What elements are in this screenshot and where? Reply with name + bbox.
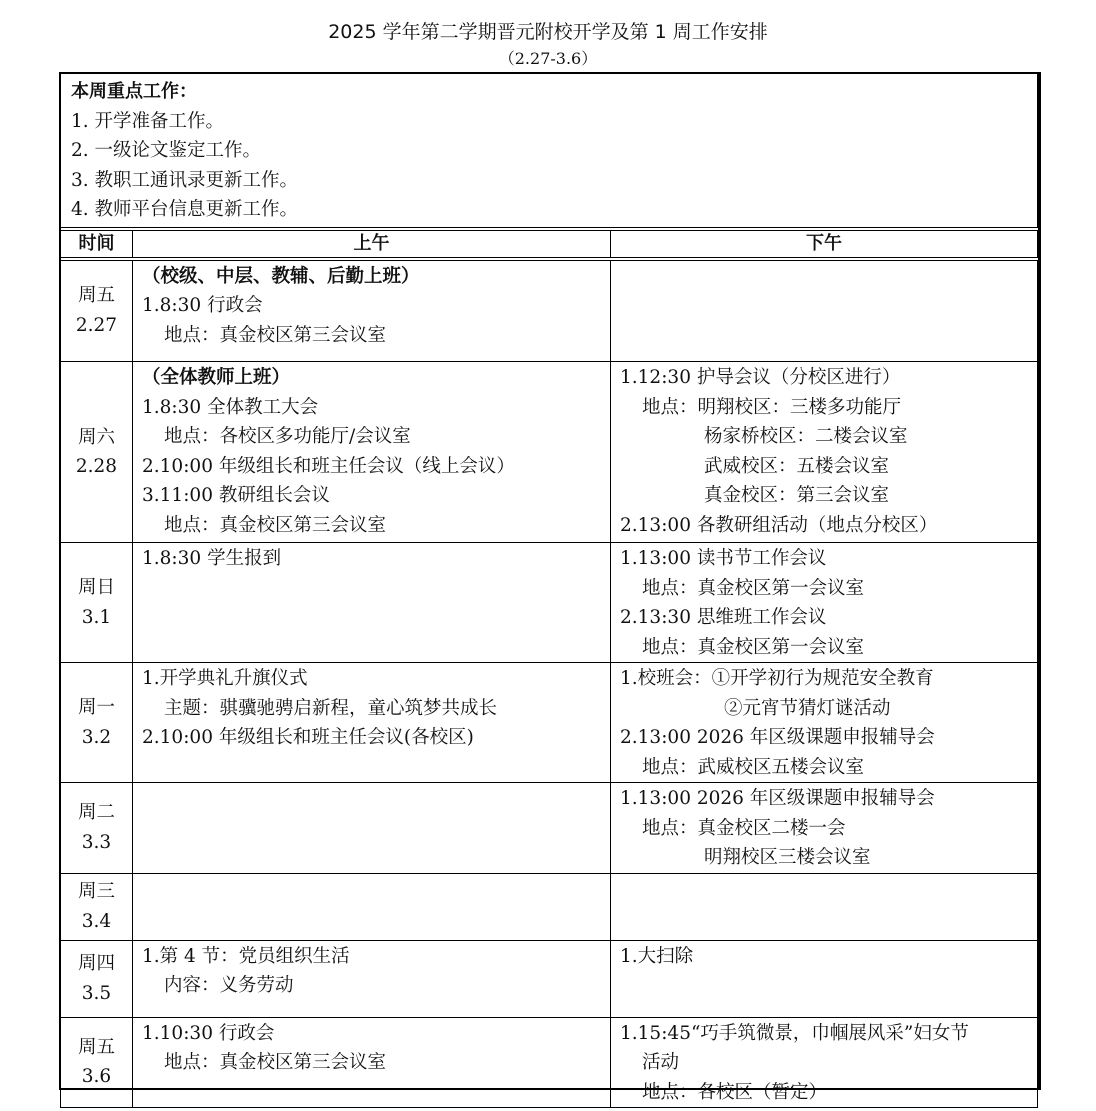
schedule-entry: 活动: [620, 1048, 1029, 1078]
schedule-entry: 1.校班会：①开学初行为规范安全教育: [620, 664, 1029, 694]
schedule-entry: 地点：各校区多功能厅/会议室: [142, 422, 602, 452]
schedule-entry: （校级、中层、教辅、后勤上班）: [142, 262, 602, 292]
morning-cell: 1.开学典礼升旗仪式主题：骐骥驰骋启新程，童心筑梦共成长2.10:00 年级组长…: [133, 663, 611, 783]
schedule-entry: 3.11:00 教研组长会议: [142, 481, 602, 511]
schedule-entry: ②元宵节猜灯谜活动: [620, 694, 1029, 724]
afternoon-cell: 1.13:00 2026 年区级课题申报辅导会地点：真金校区二楼一会明翔校区三楼…: [611, 783, 1038, 874]
schedule-entry: （全体教师上班）: [142, 363, 602, 393]
schedule-entry: 1.8:30 行政会: [142, 291, 602, 321]
afternoon-cell: [611, 259, 1038, 362]
schedule-entry: 1.12:30 护导会议（分校区进行）: [620, 363, 1029, 393]
table-row: 周三3.4: [61, 873, 1038, 940]
morning-cell: [133, 783, 611, 874]
focus-item: 3. 教职工通讯录更新工作。: [71, 166, 1027, 196]
schedule-sheet: 本周重点工作： 1. 开学准备工作。 2. 一级论文鉴定工作。 3. 教职工通讯…: [60, 73, 1037, 1108]
schedule-entry: 杨家桥校区：二楼会议室: [620, 422, 1029, 452]
morning-cell: （全体教师上班）1.8:30 全体教工大会地点：各校区多功能厅/会议室2.10:…: [133, 362, 611, 543]
schedule-entry: 地点：真金校区第三会议室: [142, 511, 602, 541]
schedule-entry: 地点：真金校区第一会议室: [620, 574, 1029, 604]
weekday-label: 周日: [61, 573, 132, 603]
schedule-entry: 地点：各校区（暂定）: [620, 1078, 1029, 1108]
schedule-entry: 地点：真金校区第三会议室: [142, 321, 602, 351]
afternoon-cell: 1.大扫除: [611, 940, 1038, 1017]
morning-cell: [133, 873, 611, 940]
focus-heading: 本周重点工作：: [71, 77, 1027, 107]
morning-cell: 1.8:30 学生报到: [133, 543, 611, 663]
morning-cell: 1.10:30 行政会地点：真金校区第三会议室: [133, 1017, 611, 1108]
schedule-entry: 内容：义务劳动: [142, 971, 602, 1001]
schedule-table: 本周重点工作： 1. 开学准备工作。 2. 一级论文鉴定工作。 3. 教职工通讯…: [60, 73, 1038, 1108]
afternoon-cell: 1.13:00 读书节工作会议地点：真金校区第一会议室2.13:30 思维班工作…: [611, 543, 1038, 663]
date-label: 3.1: [61, 603, 132, 633]
afternoon-cell: 1.校班会：①开学初行为规范安全教育②元宵节猜灯谜活动2.13:00 2026 …: [611, 663, 1038, 783]
table-row: 周五3.61.10:30 行政会地点：真金校区第三会议室1.15:45“巧手筑微…: [61, 1017, 1038, 1108]
schedule-entry: 2.10:00 年级组长和班主任会议(各校区): [142, 723, 602, 753]
schedule-entry: 2.13:30 思维班工作会议: [620, 603, 1029, 633]
day-cell: 周三3.4: [61, 873, 133, 940]
schedule-entry: 2.13:00 各教研组活动（地点分校区）: [620, 511, 1029, 541]
focus-section-row: 本周重点工作： 1. 开学准备工作。 2. 一级论文鉴定工作。 3. 教职工通讯…: [61, 74, 1038, 229]
schedule-entry: 武威校区：五楼会议室: [620, 452, 1029, 482]
table-row: 周日3.11.8:30 学生报到1.13:00 读书节工作会议地点：真金校区第一…: [61, 543, 1038, 663]
day-cell: 周五3.6: [61, 1017, 133, 1108]
afternoon-cell: 1.12:30 护导会议（分校区进行）地点：明翔校区：三楼多功能厅杨家桥校区：二…: [611, 362, 1038, 543]
schedule-entry: 1.13:00 2026 年区级课题申报辅导会: [620, 784, 1029, 814]
table-row: 周二3.31.13:00 2026 年区级课题申报辅导会地点：真金校区二楼一会明…: [61, 783, 1038, 874]
schedule-entry: 地点：真金校区二楼一会: [620, 814, 1029, 844]
date-label: 3.6: [61, 1062, 132, 1092]
weekday-label: 周五: [61, 1033, 132, 1063]
schedule-entry: 主题：骐骥驰骋启新程，童心筑梦共成长: [142, 694, 602, 724]
weekday-label: 周六: [61, 423, 132, 453]
column-header-time: 时间: [61, 229, 133, 259]
focus-item: 4. 教师平台信息更新工作。: [71, 195, 1027, 225]
table-header-row: 时间 上午 下午: [61, 229, 1038, 259]
date-label: 2.27: [61, 311, 132, 341]
weekday-label: 周四: [61, 949, 132, 979]
schedule-entry: 1.8:30 学生报到: [142, 544, 602, 574]
date-label: 3.2: [61, 723, 132, 753]
date-label: 3.3: [61, 828, 132, 858]
schedule-entry: 地点：武威校区五楼会议室: [620, 753, 1029, 783]
day-cell: 周四3.5: [61, 940, 133, 1017]
table-row: 周一3.21.开学典礼升旗仪式主题：骐骥驰骋启新程，童心筑梦共成长2.10:00…: [61, 663, 1038, 783]
weekday-label: 周三: [61, 877, 132, 907]
schedule-entry: 1.第 4 节：党员组织生活: [142, 942, 602, 972]
schedule-entry: 1.13:00 读书节工作会议: [620, 544, 1029, 574]
day-cell: 周一3.2: [61, 663, 133, 783]
schedule-entry: 2.10:00 年级组长和班主任会议（线上会议）: [142, 452, 602, 482]
schedule-entry: 1.开学典礼升旗仪式: [142, 664, 602, 694]
day-cell: 周二3.3: [61, 783, 133, 874]
date-label: 3.4: [61, 907, 132, 937]
document-date-range: （2.27-3.6）: [0, 48, 1096, 70]
focus-item: 1. 开学准备工作。: [71, 107, 1027, 137]
morning-cell: （校级、中层、教辅、后勤上班）1.8:30 行政会地点：真金校区第三会议室: [133, 259, 611, 362]
column-header-morning: 上午: [133, 229, 611, 259]
afternoon-cell: 1.15:45“巧手筑微景，巾帼展风采”妇女节活动地点：各校区（暂定）: [611, 1017, 1038, 1108]
focus-section: 本周重点工作： 1. 开学准备工作。 2. 一级论文鉴定工作。 3. 教职工通讯…: [61, 74, 1038, 229]
schedule-entry: 地点：真金校区第一会议室: [620, 633, 1029, 663]
day-cell: 周六2.28: [61, 362, 133, 543]
table-row: 周六2.28（全体教师上班）1.8:30 全体教工大会地点：各校区多功能厅/会议…: [61, 362, 1038, 543]
afternoon-cell: [611, 873, 1038, 940]
table-row: 周四3.51.第 4 节：党员组织生活内容：义务劳动1.大扫除: [61, 940, 1038, 1017]
date-label: 3.5: [61, 979, 132, 1009]
document-title: 2025 学年第二学期晋元附校开学及第 1 周工作安排: [0, 19, 1096, 45]
focus-item: 2. 一级论文鉴定工作。: [71, 136, 1027, 166]
column-header-afternoon: 下午: [611, 229, 1038, 259]
schedule-entry: 地点：明翔校区：三楼多功能厅: [620, 393, 1029, 423]
schedule-entry: 1.15:45“巧手筑微景，巾帼展风采”妇女节: [620, 1019, 1029, 1049]
schedule-entry: 1.大扫除: [620, 942, 1029, 972]
schedule-entry: 地点：真金校区第三会议室: [142, 1048, 602, 1078]
day-cell: 周五2.27: [61, 259, 133, 362]
weekday-label: 周二: [61, 798, 132, 828]
schedule-entry: 2.13:00 2026 年区级课题申报辅导会: [620, 723, 1029, 753]
weekday-label: 周五: [61, 281, 132, 311]
schedule-entry: 明翔校区三楼会议室: [620, 843, 1029, 873]
schedule-entry: 1.10:30 行政会: [142, 1019, 602, 1049]
morning-cell: 1.第 4 节：党员组织生活内容：义务劳动: [133, 940, 611, 1017]
day-cell: 周日3.1: [61, 543, 133, 663]
date-label: 2.28: [61, 452, 132, 482]
schedule-entry: 真金校区：第三会议室: [620, 481, 1029, 511]
schedule-entry: 1.8:30 全体教工大会: [142, 393, 602, 423]
weekday-label: 周一: [61, 693, 132, 723]
table-row: 周五2.27（校级、中层、教辅、后勤上班）1.8:30 行政会地点：真金校区第三…: [61, 259, 1038, 362]
